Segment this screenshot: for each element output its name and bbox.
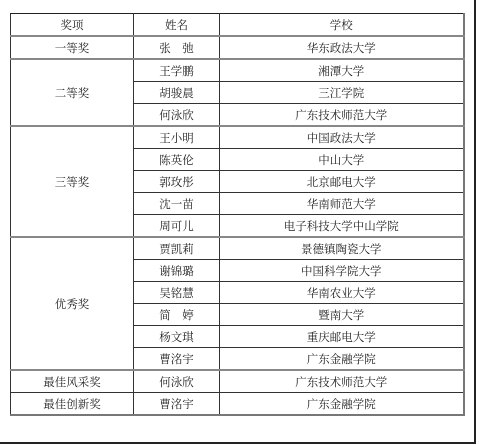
name-cell: 吴铭慧 bbox=[134, 282, 220, 304]
table-header-row: 奖项 姓名 学校 bbox=[11, 14, 464, 37]
name-cell: 周可儿 bbox=[134, 215, 220, 238]
name-cell: 张 弛 bbox=[134, 36, 220, 59]
name-cell: 曹洺宇 bbox=[134, 393, 220, 416]
school-cell: 广东金融学院 bbox=[220, 393, 464, 416]
school-cell: 华南师范大学 bbox=[220, 193, 464, 215]
award-cell: 二等奖 bbox=[11, 59, 134, 126]
page-border-right bbox=[474, 0, 476, 444]
award-cell: 最佳创新奖 bbox=[11, 393, 134, 416]
school-cell: 重庆邮电大学 bbox=[220, 326, 464, 348]
table-row: 三等奖 王小明 中国政法大学 bbox=[11, 126, 464, 149]
award-cell: 一等奖 bbox=[11, 36, 134, 59]
awards-table: 奖项 姓名 学校 一等奖 张 弛 华东政法大学 二等奖 王学鹏 湘潭大学 胡骏晨… bbox=[10, 13, 465, 416]
table-row: 优秀奖 贾凯莉 景德镇陶瓷大学 bbox=[11, 237, 464, 260]
school-cell: 三江学院 bbox=[220, 82, 464, 104]
school-cell: 中国科学院大学 bbox=[220, 260, 464, 282]
school-cell: 中山大学 bbox=[220, 149, 464, 171]
header-name: 姓名 bbox=[134, 14, 220, 37]
school-cell: 华南农业大学 bbox=[220, 282, 464, 304]
school-cell: 暨南大学 bbox=[220, 304, 464, 326]
school-cell: 中国政法大学 bbox=[220, 126, 464, 149]
school-cell: 电子科技大学中山学院 bbox=[220, 215, 464, 238]
table-row: 二等奖 王学鹏 湘潭大学 bbox=[11, 59, 464, 82]
name-cell: 贾凯莉 bbox=[134, 237, 220, 260]
name-cell: 曹洺宇 bbox=[134, 348, 220, 371]
name-cell: 何泳欣 bbox=[134, 370, 220, 393]
school-cell: 华东政法大学 bbox=[220, 36, 464, 59]
name-cell: 沈一苗 bbox=[134, 193, 220, 215]
table-row: 最佳创新奖 曹洺宇 广东金融学院 bbox=[11, 393, 464, 416]
name-cell: 郭玫彤 bbox=[134, 171, 220, 193]
header-award: 奖项 bbox=[11, 14, 134, 37]
award-cell: 三等奖 bbox=[11, 126, 134, 237]
name-cell: 何泳欣 bbox=[134, 104, 220, 127]
name-cell: 胡骏晨 bbox=[134, 82, 220, 104]
name-cell: 陈英伦 bbox=[134, 149, 220, 171]
page-border-bottom bbox=[0, 442, 476, 444]
name-cell: 王小明 bbox=[134, 126, 220, 149]
school-cell: 广东技术师范大学 bbox=[220, 104, 464, 127]
school-cell: 景德镇陶瓷大学 bbox=[220, 237, 464, 260]
name-cell: 谢锦璐 bbox=[134, 260, 220, 282]
award-cell: 最佳风采奖 bbox=[11, 370, 134, 393]
school-cell: 广东技术师范大学 bbox=[220, 370, 464, 393]
table-row: 一等奖 张 弛 华东政法大学 bbox=[11, 36, 464, 59]
name-cell: 简 婷 bbox=[134, 304, 220, 326]
header-school: 学校 bbox=[220, 14, 464, 37]
name-cell: 杨文琪 bbox=[134, 326, 220, 348]
school-cell: 广东金融学院 bbox=[220, 348, 464, 371]
name-cell: 王学鹏 bbox=[134, 59, 220, 82]
award-cell: 优秀奖 bbox=[11, 237, 134, 370]
table-row: 最佳风采奖 何泳欣 广东技术师范大学 bbox=[11, 370, 464, 393]
school-cell: 湘潭大学 bbox=[220, 59, 464, 82]
school-cell: 北京邮电大学 bbox=[220, 171, 464, 193]
